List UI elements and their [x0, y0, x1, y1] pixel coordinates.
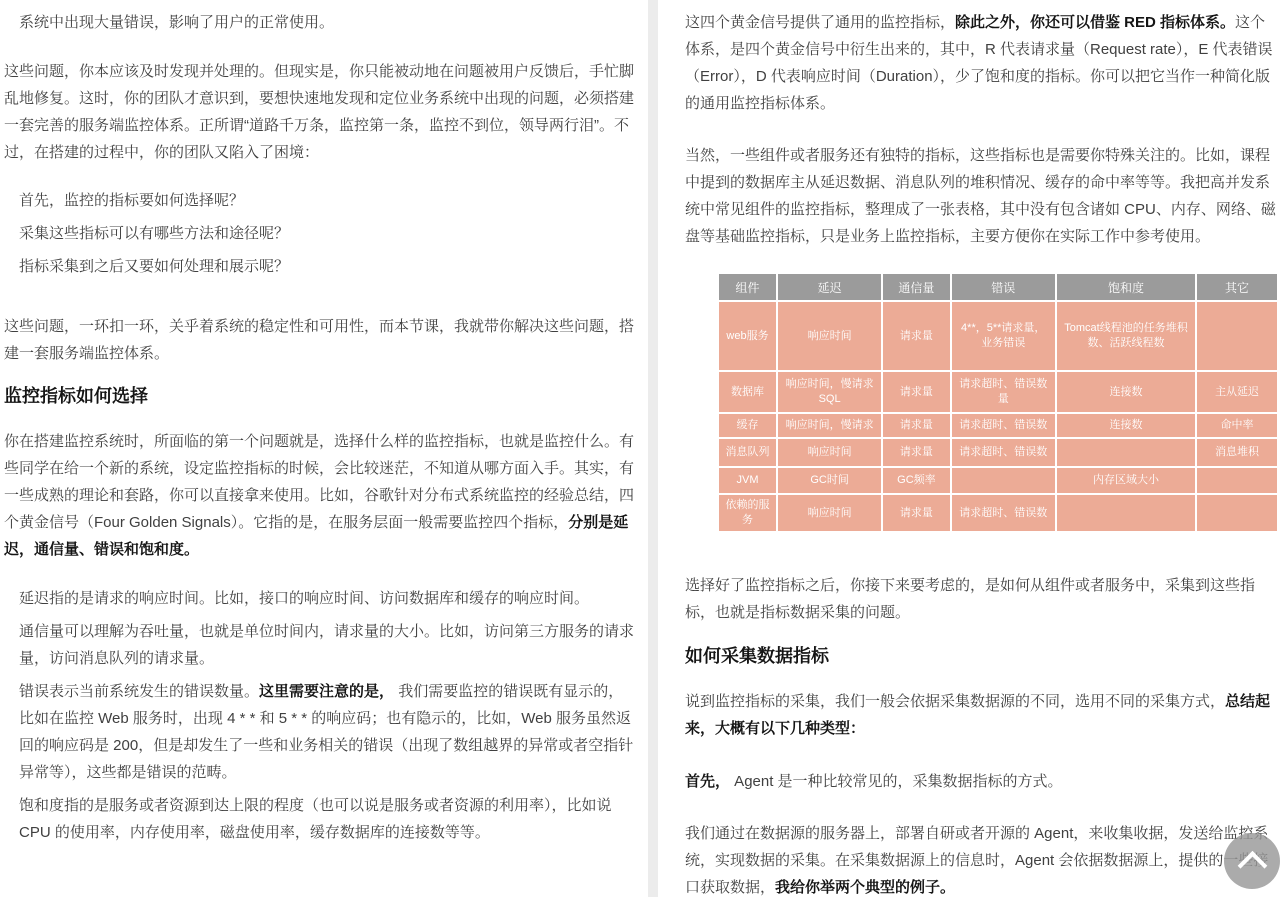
table-cell	[1197, 302, 1277, 370]
item-latency: 延迟指的是请求的响应时间。比如，接口的响应时间、访问数据库和缓存的响应时间。	[19, 585, 634, 612]
paragraph-how-to-choose: 你在搭建监控系统时，所面临的第一个问题就是，选择什么样的监控指标，也就是监控什么…	[4, 428, 634, 563]
right-page-column: 这四个黄金信号提供了通用的监控指标，除此之外，你还可以借鉴 RED 指标体系。这…	[685, 0, 1279, 897]
table-header-cell: 延迟	[778, 274, 881, 300]
table-cell: 数据库	[719, 372, 776, 412]
intro-quote-line: 系统中出现大量错误，影响了用户的正常使用。	[19, 9, 634, 36]
table-row: web服务响应时间请求量4**，5**请求量，业务错误Tomcat线程池的任务堆…	[719, 302, 1277, 370]
reader-page: 系统中出现大量错误，影响了用户的正常使用。 这些问题，你本应该及时发现并处理的。…	[0, 0, 1280, 897]
table-cell: 响应时间，慢请求	[778, 414, 881, 437]
table-row: 缓存响应时间，慢请求请求量请求超时、错误数连接数命中率	[719, 414, 1277, 437]
table-row: JVMGC时间GC频率内存区域大小	[719, 468, 1277, 493]
paragraph-after-selection: 选择好了监控指标之后，你接下来要考虑的，是如何从组件或者服务中，采集到这些指标，…	[685, 572, 1279, 626]
table-cell	[952, 468, 1055, 493]
table-header-cell: 其它	[1197, 274, 1277, 300]
table-cell: 请求超时、错误数量	[952, 372, 1055, 412]
table-header-cell: 组件	[719, 274, 776, 300]
table-cell: 响应时间	[778, 302, 881, 370]
table-row: 数据库响应时间，慢请求SQL请求量请求超时、错误数量连接数主从延迟	[719, 372, 1277, 412]
table-cell: 消息堆积	[1197, 439, 1277, 466]
table-header-cell: 通信量	[883, 274, 950, 300]
table-cell	[1057, 495, 1195, 531]
table-cell: 内存区域大小	[1057, 468, 1195, 493]
table-cell: 请求超时、错误数	[952, 495, 1055, 531]
table-cell: 响应时间	[778, 439, 881, 466]
question-item-2: 采集这些指标可以有哪些方法和途径呢？	[19, 220, 634, 247]
table-cell: 4**，5**请求量，业务错误	[952, 302, 1055, 370]
question-item-1: 首先，监控的指标要如何选择呢？	[19, 187, 634, 214]
table-cell: 命中率	[1197, 414, 1277, 437]
paragraph-agent-detail: 我们通过在数据源的服务器上，部署自研或者开源的 Agent，来收集收据，发送给监…	[685, 820, 1279, 897]
paragraph-solve: 这些问题，一环扣一环，关乎着系统的稳定性和可用性，而本节课，我就带你解决这些问题…	[4, 313, 634, 367]
table-cell: 缓存	[719, 414, 776, 437]
table-cell	[1197, 468, 1277, 493]
metrics-table: 组件延迟通信量错误饱和度其它web服务响应时间请求量4**，5**请求量，业务错…	[717, 272, 1279, 533]
table-cell: 请求量	[883, 302, 950, 370]
table-cell: GC时间	[778, 468, 881, 493]
paragraph-monitoring-problem: 这些问题，你本应该及时发现并处理的。但现实是，你只能被动地在问题被用户反馈后，手…	[4, 58, 634, 166]
table-cell: 连接数	[1057, 414, 1195, 437]
table-row: 依赖的服务响应时间请求量请求超时、错误数	[719, 495, 1277, 531]
table-cell: 请求量	[883, 495, 950, 531]
table-header-cell: 饱和度	[1057, 274, 1195, 300]
left-page-column: 系统中出现大量错误，影响了用户的正常使用。 这些问题，你本应该及时发现并处理的。…	[4, 0, 634, 846]
table-cell: GC频率	[883, 468, 950, 493]
table-cell: 消息队列	[719, 439, 776, 466]
item-traffic: 通信量可以理解为吞吐量，也就是单位时间内，请求量的大小。比如，访问第三方服务的请…	[19, 618, 634, 672]
table-cell	[1057, 439, 1195, 466]
table-cell: JVM	[719, 468, 776, 493]
paragraph-component-metrics: 当然，一些组件或者服务还有独特的指标，这些指标也是需要你特殊关注的。比如，课程中…	[685, 142, 1279, 250]
paragraph-collect-types: 说到监控指标的采集，我们一般会依据采集数据源的不同，选用不同的采集方式，总结起来…	[685, 688, 1279, 742]
table-cell: 请求超时、错误数	[952, 414, 1055, 437]
table-cell: 连接数	[1057, 372, 1195, 412]
table-cell: 响应时间，慢请求SQL	[778, 372, 881, 412]
table-cell: 依赖的服务	[719, 495, 776, 531]
table-cell: web服务	[719, 302, 776, 370]
column-divider	[648, 0, 658, 897]
paragraph-red-system: 这四个黄金信号提供了通用的监控指标，除此之外，你还可以借鉴 RED 指标体系。这…	[685, 9, 1279, 117]
table-header-row: 组件延迟通信量错误饱和度其它	[719, 274, 1277, 300]
table-cell: 主从延迟	[1197, 372, 1277, 412]
table-cell: 响应时间	[778, 495, 881, 531]
table-cell: Tomcat线程池的任务堆积数、活跃线程数	[1057, 302, 1195, 370]
table-header-cell: 错误	[952, 274, 1055, 300]
table-cell	[1197, 495, 1277, 531]
item-saturation: 饱和度指的是服务或者资源到达上限的程度（也可以说是服务或者资源的利用率），比如说…	[19, 792, 634, 846]
table-cell: 请求量	[883, 372, 950, 412]
table-cell: 请求量	[883, 439, 950, 466]
item-errors: 错误表示当前系统发生的错误数量。这里需要注意的是， 我们需要监控的错误既有显示的…	[19, 678, 634, 786]
chevron-up-icon	[1237, 850, 1267, 880]
question-item-3: 指标采集到之后又要如何处理和展示呢？	[19, 253, 634, 280]
table-row: 消息队列响应时间请求量请求超时、错误数消息堆积	[719, 439, 1277, 466]
paragraph-agent-intro: 首先， Agent 是一种比较常见的，采集数据指标的方式。	[685, 768, 1279, 795]
section-heading-choose-metrics: 监控指标如何选择	[4, 383, 634, 410]
section-heading-collect-metrics: 如何采集数据指标	[685, 643, 1279, 670]
scroll-to-top-button[interactable]	[1224, 833, 1280, 889]
table-cell: 请求量	[883, 414, 950, 437]
table-cell: 请求超时、错误数	[952, 439, 1055, 466]
